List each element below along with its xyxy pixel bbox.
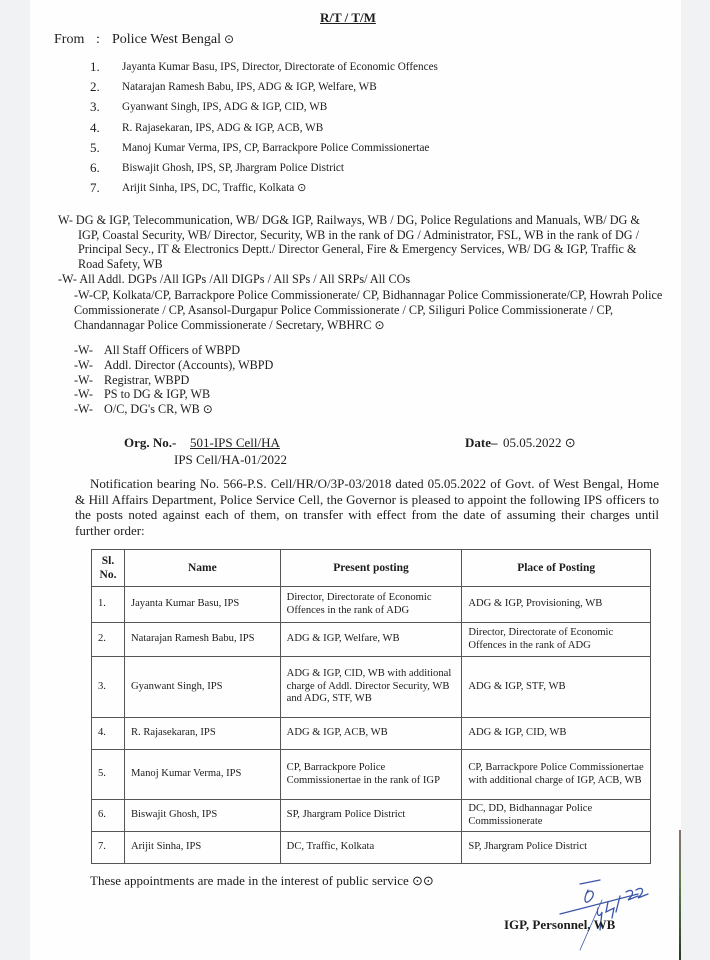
cell-name: Manoj Kumar Verma, IPS: [124, 750, 280, 800]
copy-to-item: -W-PS to DG & IGP, WB: [74, 387, 273, 402]
cell-place-of-posting: CP, Barrackpore Police Commissionertae w…: [462, 750, 651, 800]
recipient-text: Biswajit Ghosh, IPS, SP, Jhargram Police…: [122, 160, 344, 180]
cell-sl-no: 2.: [92, 623, 125, 657]
cell-place-of-posting: DC, DD, Bidhannagar Police Commissionera…: [462, 800, 651, 832]
recipient-item: 2.Natarajan Ramesh Babu, IPS, ADG & IGP,…: [90, 79, 438, 99]
cell-name: Jayanta Kumar Basu, IPS: [124, 587, 280, 623]
copy-to-prefix: -W-: [74, 343, 104, 358]
recipient-text: Gyanwant Singh, IPS, ADG & IGP, CID, WB: [122, 99, 327, 119]
from-separator: :: [96, 32, 100, 48]
cell-sl-no: 3.: [92, 657, 125, 718]
recipient-number: 5.: [90, 140, 122, 160]
cell-sl-no: 7.: [92, 832, 125, 864]
cell-present-posting: Director, Directorate of Economic Offenc…: [280, 587, 462, 623]
recipient-text: Arijit Sinha, IPS, DC, Traffic, Kolkata …: [122, 180, 306, 200]
recipient-number: 6.: [90, 160, 122, 180]
org-number-value-2: IPS Cell/HA-01/2022: [174, 452, 287, 468]
recipient-item: 1.Jayanta Kumar Basu, IPS, Director, Dir…: [90, 59, 438, 79]
copy-to-item: -W-Registrar, WBPD: [74, 373, 273, 388]
cell-name: Arijit Sinha, IPS: [124, 832, 280, 864]
recipient-item: 6.Biswajit Ghosh, IPS, SP, Jhargram Poli…: [90, 160, 438, 180]
recipient-text: Jayanta Kumar Basu, IPS, Director, Direc…: [122, 59, 438, 79]
recipient-number: 7.: [90, 180, 122, 200]
signatory-title: IGP, Personnel, WB: [504, 917, 615, 933]
table-row: 1.Jayanta Kumar Basu, IPSDirector, Direc…: [92, 587, 651, 623]
header-sl-no: Sl. No.: [92, 550, 125, 587]
header-name: Name: [124, 550, 280, 587]
recipient-number: 4.: [90, 120, 122, 140]
date-label: Date–: [465, 435, 498, 451]
copy-to-recipient: O/C, DG's CR, WB ⊙: [104, 402, 213, 417]
copy-to-item: -W-All Staff Officers of WBPD: [74, 343, 273, 358]
cell-place-of-posting: ADG & IGP, Provisioning, WB: [462, 587, 651, 623]
cell-place-of-posting: SP, Jhargram Police District: [462, 832, 651, 864]
cell-sl-no: 1.: [92, 587, 125, 623]
recipient-text: Natarajan Ramesh Babu, IPS, ADG & IGP, W…: [122, 79, 377, 99]
closing-statement: These appointments are made in the inter…: [90, 873, 434, 889]
cell-sl-no: 4.: [92, 718, 125, 750]
reference-code: R/T / T/M: [320, 10, 376, 26]
copy-to-recipient: Registrar, WBPD: [104, 373, 189, 388]
copy-to-recipient: Addl. Director (Accounts), WBPD: [104, 358, 273, 373]
copy-to-prefix: -W-: [74, 358, 104, 373]
copy-to-block-3: -W-CP, Kolkata/CP, Barrackpore Police Co…: [74, 288, 664, 333]
circle-dot-icon: ⊙: [224, 32, 234, 46]
sender-name: Police West Bengal: [112, 32, 221, 47]
recipient-text: R. Rajasekaran, IPS, ADG & IGP, ACB, WB: [122, 120, 323, 140]
copy-to-item: -W-Addl. Director (Accounts), WBPD: [74, 358, 273, 373]
cell-place-of-posting: ADG & IGP, CID, WB: [462, 718, 651, 750]
cell-present-posting: ADG & IGP, Welfare, WB: [280, 623, 462, 657]
recipient-list: 1.Jayanta Kumar Basu, IPS, Director, Dir…: [90, 59, 438, 200]
copy-to-item: -W-O/C, DG's CR, WB ⊙: [74, 402, 273, 417]
table-row: 3.Gyanwant Singh, IPSADG & IGP, CID, WB …: [92, 657, 651, 718]
org-number-label: Org. No.-: [124, 435, 176, 451]
table-header-row: Sl. No. Name Present posting Place of Po…: [92, 550, 651, 587]
copy-to-prefix: -W-: [74, 373, 104, 388]
header-present-posting: Present posting: [280, 550, 462, 587]
signature-icon: [540, 872, 650, 952]
cell-name: Biswajit Ghosh, IPS: [124, 800, 280, 832]
cell-sl-no: 6.: [92, 800, 125, 832]
cell-place-of-posting: Director, Directorate of Economic Offenc…: [462, 623, 651, 657]
recipient-item: 3.Gyanwant Singh, IPS, ADG & IGP, CID, W…: [90, 99, 438, 119]
table-row: 4.R. Rajasekaran, IPSADG & IGP, ACB, WBA…: [92, 718, 651, 750]
org-number-value: 501-IPS Cell/HA: [190, 435, 280, 451]
recipient-text: Manoj Kumar Verma, IPS, CP, Barrackpore …: [122, 140, 429, 160]
cell-name: Natarajan Ramesh Babu, IPS: [124, 623, 280, 657]
recipient-number: 1.: [90, 59, 122, 79]
copy-to-text-1: W- DG & IGP, Telecommunication, WB/ DG& …: [58, 213, 663, 271]
header-place-of-posting: Place of Posting: [462, 550, 651, 587]
table-row: 2.Natarajan Ramesh Babu, IPSADG & IGP, W…: [92, 623, 651, 657]
date-value: 05.05.2022 ⊙: [503, 435, 576, 451]
cell-present-posting: SP, Jhargram Police District: [280, 800, 462, 832]
recipient-item: 7.Arijit Sinha, IPS, DC, Traffic, Kolkat…: [90, 180, 438, 200]
recipient-number: 3.: [90, 99, 122, 119]
table-row: 7.Arijit Sinha, IPSDC, Traffic, KolkataS…: [92, 832, 651, 864]
copy-to-recipient: PS to DG & IGP, WB: [104, 387, 210, 402]
cell-sl-no: 5.: [92, 750, 125, 800]
table-row: 5.Manoj Kumar Verma, IPSCP, Barrackpore …: [92, 750, 651, 800]
posting-table: Sl. No. Name Present posting Place of Po…: [91, 549, 651, 864]
table-row: 6.Biswajit Ghosh, IPSSP, Jhargram Police…: [92, 800, 651, 832]
cell-place-of-posting: ADG & IGP, STF, WB: [462, 657, 651, 718]
cell-present-posting: CP, Barrackpore Police Commissionertae i…: [280, 750, 462, 800]
copy-to-recipient: All Staff Officers of WBPD: [104, 343, 240, 358]
copy-to-block-2: -W- All Addl. DGPs /All IGPs /All DIGPs …: [58, 272, 663, 287]
cell-present-posting: ADG & IGP, CID, WB with additional charg…: [280, 657, 462, 718]
recipient-item: 4.R. Rajasekaran, IPS, ADG & IGP, ACB, W…: [90, 120, 438, 140]
from-label: From: [54, 32, 84, 48]
from-value: Police West Bengal⊙: [112, 32, 234, 48]
notification-paragraph: Notification bearing No. 566-P.S. Cell/H…: [75, 476, 659, 538]
page-edge-shadow: [679, 830, 681, 960]
recipient-number: 2.: [90, 79, 122, 99]
copy-to-prefix: -W-: [74, 387, 104, 402]
copy-to-list: -W-All Staff Officers of WBPD-W-Addl. Di…: [74, 343, 273, 417]
recipient-item: 5.Manoj Kumar Verma, IPS, CP, Barrackpor…: [90, 140, 438, 160]
cell-name: Gyanwant Singh, IPS: [124, 657, 280, 718]
copy-to-prefix: -W-: [74, 402, 104, 417]
cell-present-posting: DC, Traffic, Kolkata: [280, 832, 462, 864]
cell-present-posting: ADG & IGP, ACB, WB: [280, 718, 462, 750]
copy-to-block-1: W- DG & IGP, Telecommunication, WB/ DG& …: [58, 213, 663, 271]
cell-name: R. Rajasekaran, IPS: [124, 718, 280, 750]
